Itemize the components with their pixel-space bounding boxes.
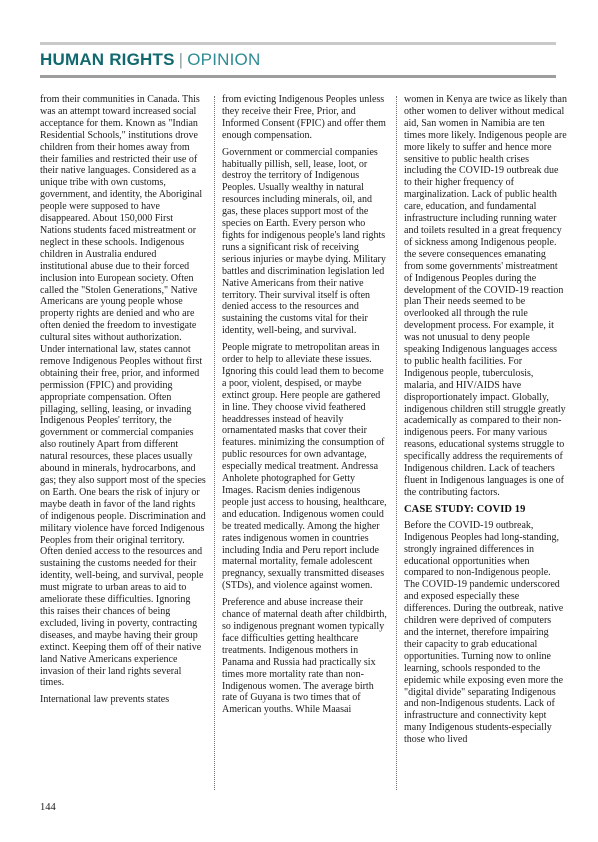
- masthead-top-rule: [40, 42, 556, 45]
- page-number: 144: [40, 802, 56, 813]
- column-divider: [214, 96, 215, 790]
- column-divider: [396, 96, 397, 790]
- section-subtitle: OPINION: [187, 50, 260, 69]
- body-paragraph: Preference and abuse increase their chan…: [222, 597, 388, 716]
- body-paragraph: from their communities in Canada. This w…: [40, 94, 206, 689]
- body-paragraph: Government or commercial companies habit…: [222, 147, 388, 338]
- body-paragraph: women in Kenya are twice as likely than …: [404, 94, 567, 499]
- masthead-bottom-rule: [40, 75, 556, 78]
- body-paragraph: People migrate to metropolitan areas in …: [222, 342, 388, 592]
- column-3: women in Kenya are twice as likely than …: [404, 94, 567, 790]
- magazine-page: HUMAN RIGHTS|OPINION from their communit…: [0, 0, 598, 842]
- column-2: from evicting Indigenous Peoples unless …: [222, 94, 388, 790]
- section-masthead: HUMAN RIGHTS|OPINION: [40, 42, 556, 78]
- section-separator: |: [175, 50, 188, 69]
- masthead-title: HUMAN RIGHTS|OPINION: [40, 50, 556, 70]
- body-paragraph: International law prevents states: [40, 694, 206, 706]
- body-paragraph: from evicting Indigenous Peoples unless …: [222, 94, 388, 142]
- case-study-heading: CASE STUDY: COVID 19: [404, 504, 567, 516]
- article-body: from their communities in Canada. This w…: [40, 94, 567, 790]
- section-title: HUMAN RIGHTS: [40, 50, 175, 69]
- body-paragraph: Before the COVID-19 outbreak, Indigenous…: [404, 520, 567, 746]
- column-1: from their communities in Canada. This w…: [40, 94, 206, 790]
